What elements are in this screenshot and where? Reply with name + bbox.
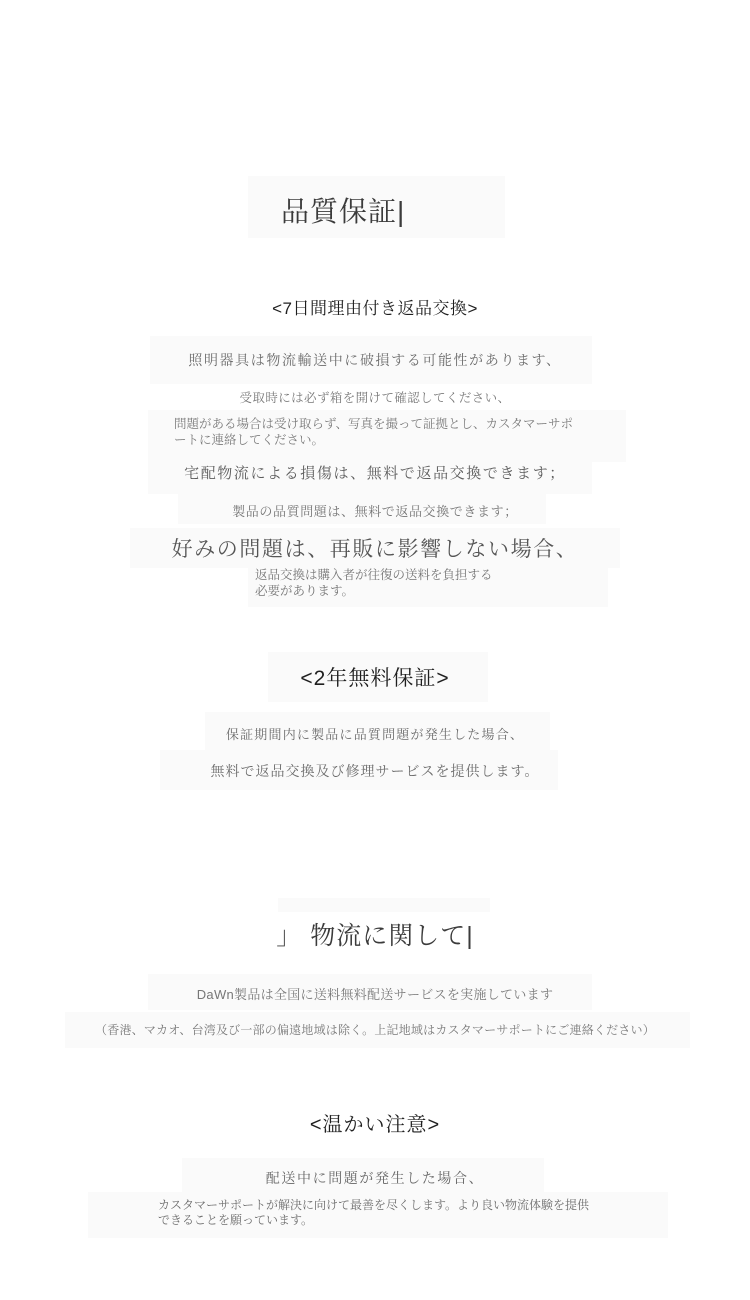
warm-notice-heading: <温かい注意> xyxy=(0,1108,750,1137)
highlight-band xyxy=(278,898,490,912)
preference-issue-line: 好みの問題は、再販に影響しない場合、 xyxy=(0,533,750,563)
warranty-shipping-info-panel: 品質保証| <7日間理由付き返品交換> 照明器具は物流輸送中に破損する可能性があ… xyxy=(0,0,750,1300)
seven-day-return-heading: <7日間理由付き返品交換> xyxy=(0,294,750,319)
problem-instructions-paragraph: 問題がある場合は受け取らず、写真を撮って証拠とし、カスタマーサポートに連絡してく… xyxy=(174,417,576,448)
delivery-damage-line: 宅配物流による損傷は、無料で返品交換できます； xyxy=(0,462,750,483)
shipping-exclusions-line: （香港、マカオ、台湾及び一部の偏遠地域は除く。上記地域はカスタマーサポートにご連… xyxy=(0,1021,750,1038)
shipping-problem-line: 配送中に問題が発生した場合、 xyxy=(0,1168,750,1188)
return-cost-paragraph: 返品交換は購入者が往復の送料を負担する必要があります。 xyxy=(255,568,495,599)
logistics-title: 」 物流に関して| xyxy=(0,916,750,952)
two-year-warranty-heading: <2年無料保証> xyxy=(0,662,750,692)
quality-issue-line: 製品の品質問題は、無料で返品交換できます； xyxy=(0,501,750,520)
quality-guarantee-title: 品質保証| xyxy=(281,190,405,230)
damage-possibility-line: 照明器具は物流輸送中に破損する可能性があります、 xyxy=(0,350,750,370)
check-on-receipt-line: 受取時には必ず箱を開けて確認してください、 xyxy=(0,388,750,406)
warranty-condition-line: 保証期間内に製品に品質問題が発生した場合、 xyxy=(0,724,750,743)
warranty-service-line: 無料で返品交換及び修理サービスを提供します。 xyxy=(0,761,750,781)
support-promise-paragraph: カスタマーサポートが解決に向けて最善を尽くします。より良い物流体験を提供できるこ… xyxy=(158,1198,592,1228)
free-shipping-line: DaWn製品は全国に送料無料配送サービスを実施しています xyxy=(0,984,750,1003)
